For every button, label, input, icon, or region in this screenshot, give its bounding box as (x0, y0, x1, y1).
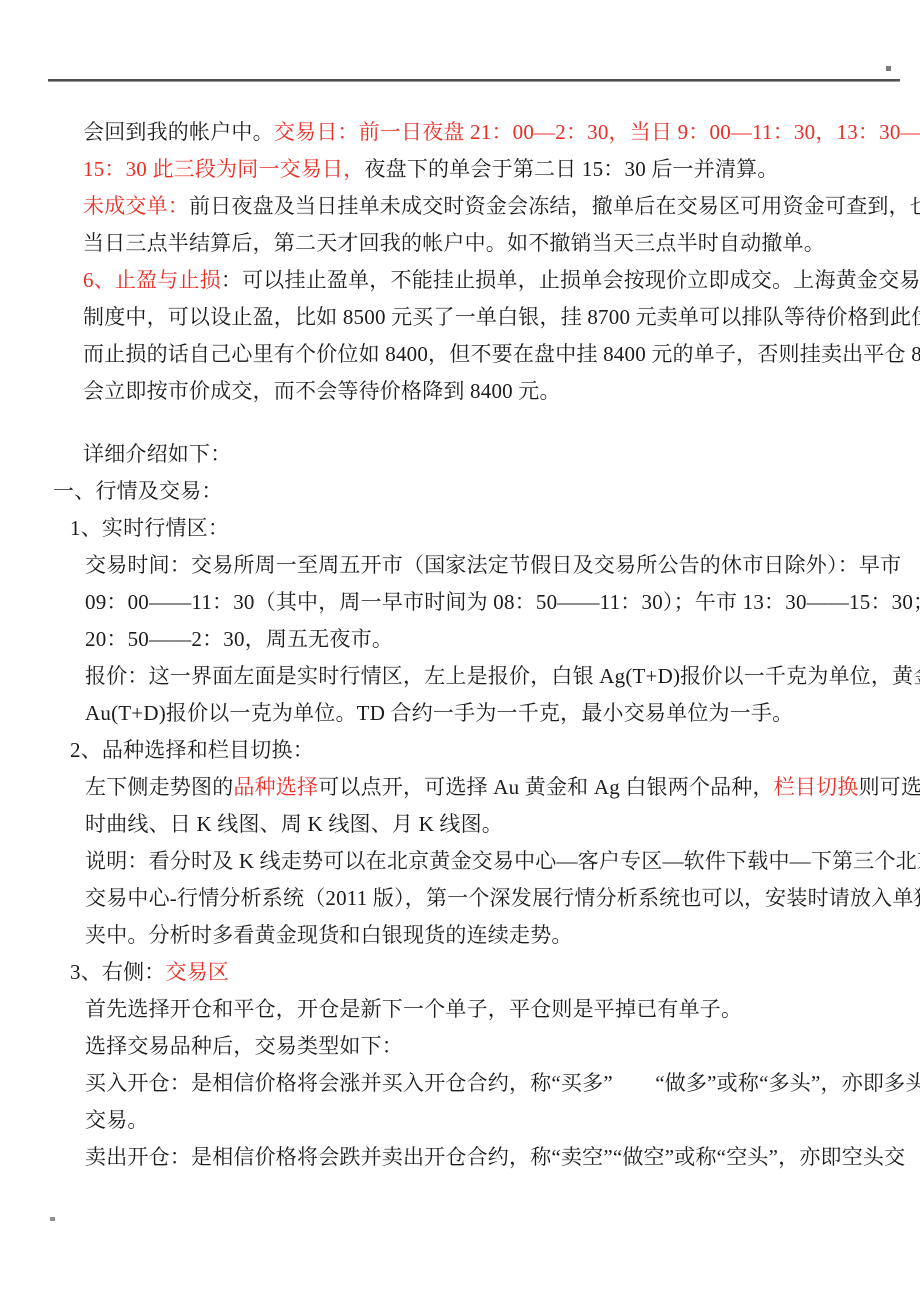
text-line: Au(T+D)报价以一克为单位。TD 合约一手为一千克，最小交易单位为一手。 (48, 695, 908, 732)
text-line: 夹中。分析时多看黄金现货和白银现货的连续走势。 (48, 917, 908, 954)
text-line: 会回到我的帐户中。交易日：前一日夜盘 21：00—2：30，当日 9：00—11… (48, 114, 908, 151)
text-line: 1、实时行情区： (48, 510, 908, 547)
text-segment: 09：00——11：30（其中，周一早市时间为 08：50——11：30）；午市… (85, 590, 920, 614)
text-line: 15：30 此三段为同一交易日，夜盘下的单会于第二日 15：30 后一并清算。 (48, 151, 908, 188)
text-segment: 时曲线、日 K 线图、周 K 线图、月 K 线图。 (85, 812, 503, 836)
text-line: 3、右侧：交易区 (48, 954, 908, 991)
text-segment: 3、右侧： (70, 960, 166, 984)
text-line: 而止损的话自己心里有个价位如 8400，但不要在盘中挂 8400 元的单子，否则… (48, 336, 908, 373)
text-line: 会立即按市价成交，而不会等待价格降到 8400 元。 (48, 373, 908, 410)
text-segment: 可以点开，可选择 Au 黄金和 Ag 白银两个品种， (318, 775, 774, 799)
text-line: 交易时间：交易所周一至周五开市（国家法定节假日及交易所公告的休市日除外）：早市 (48, 547, 908, 584)
text-segment: 而止损的话自己心里有个价位如 8400，但不要在盘中挂 8400 元的单子，否则… (83, 342, 920, 366)
text-line: 说明：看分时及 K 线走势可以在北京黄金交易中心—客户专区—软件下载中—下第三个… (48, 843, 908, 880)
text-line: 20：50——2：30，周五无夜市。 (48, 621, 908, 658)
text-line: 交易。 (48, 1102, 908, 1139)
text-segment: 当日三点半结算后，第二天才回我的帐户中。如不撤销当天三点半时自动撤单。 (83, 231, 825, 255)
text-line: 未成交单：前日夜盘及当日挂单未成交时资金会冻结，撤单后在交易区可用资金可查到，也… (48, 188, 908, 225)
text-segment: 夜盘下的单会于第二日 15：30 后一并清算。 (364, 157, 778, 181)
text-line: 报价：这一界面左面是实时行情区，左上是报价，白银 Ag(T+D)报价以一千克为单… (48, 658, 908, 695)
text-segment: 会立即按市价成交，而不会等待价格降到 8400 元。 (83, 379, 561, 403)
text-segment: 左下侧走势图的 (85, 775, 233, 799)
text-line: 09：00——11：30（其中，周一早市时间为 08：50——11：30）；午市… (48, 584, 908, 621)
paragraph-spacer (48, 410, 908, 436)
text-segment: 说明：看分时及 K 线走势可以在北京黄金交易中心—客户专区—软件下载中—下第三个… (85, 849, 920, 873)
header-rule (48, 79, 900, 82)
text-line: 选择交易品种后，交易类型如下： (48, 1028, 908, 1065)
document-page: 会回到我的帐户中。交易日：前一日夜盘 21：00—2：30，当日 9：00—11… (0, 0, 920, 1302)
text-segment: 则可选择实 (859, 775, 920, 799)
text-line: 时曲线、日 K 线图、周 K 线图、月 K 线图。 (48, 806, 908, 843)
text-segment: 交易时间：交易所周一至周五开市（国家法定节假日及交易所公告的休市日除外）：早市 (85, 553, 901, 577)
text-line: 制度中，可以设止盈，比如 8500 元买了一单白银，挂 8700 元卖单可以排队… (48, 299, 908, 336)
text-line: 买入开仓：是相信价格将会涨并买入开仓合约，称“买多” “做多”或称“多头”，亦即… (48, 1065, 908, 1102)
text-segment: 交易。 (85, 1108, 149, 1132)
text-segment: 2、品种选择和栏目切换： (70, 738, 314, 762)
text-line: 2、品种选择和栏目切换： (48, 732, 908, 769)
highlighted-text-segment: 未成交单： (83, 194, 189, 218)
text-line: 交易中心-行情分析系统（2011 版），第一个深发展行情分析系统也可以，安装时请… (48, 880, 908, 917)
text-segment: 一、行情及交易： (53, 479, 223, 503)
text-segment: 会回到我的帐户中。 (83, 120, 274, 144)
text-segment: 选择交易品种后，交易类型如下： (85, 1034, 403, 1058)
text-segment: 20：50——2：30，周五无夜市。 (85, 627, 393, 651)
text-segment: 1、实时行情区： (70, 516, 229, 540)
text-line: 6、止盈与止损：可以挂止盈单，不能挂止损单，止损单会按现价立即成交。上海黄金交易… (48, 262, 908, 299)
text-segment: ：可以挂止盈单，不能挂止损单，止损单会按现价立即成交。上海黄金交易所的 (221, 268, 920, 292)
highlighted-text-segment: 15：30 此三段为同一交易日， (83, 157, 364, 181)
document-body: 会回到我的帐户中。交易日：前一日夜盘 21：00—2：30，当日 9：00—11… (48, 114, 908, 1176)
highlighted-text-segment: 6、止盈与止损 (83, 268, 221, 292)
text-segment: Au(T+D)报价以一克为单位。TD 合约一手为一千克，最小交易单位为一手。 (85, 701, 793, 725)
text-segment: 制度中，可以设止盈，比如 8500 元买了一单白银，挂 8700 元卖单可以排队… (83, 305, 920, 329)
text-segment: 卖出开仓：是相信价格将会跌并卖出开仓合约，称“卖空”“做空”或称“空头”，亦即空… (85, 1145, 905, 1169)
text-line: 当日三点半结算后，第二天才回我的帐户中。如不撤销当天三点半时自动撤单。 (48, 225, 908, 262)
artifact-dot-bottom-left (50, 1217, 55, 1221)
text-segment: 夹中。分析时多看黄金现货和白银现货的连续走势。 (85, 923, 573, 947)
text-line: 左下侧走势图的品种选择可以点开，可选择 Au 黄金和 Ag 白银两个品种，栏目切… (48, 769, 908, 806)
highlighted-text-segment: 交易区 (166, 960, 230, 984)
text-segment: 前日夜盘及当日挂单未成交时资金会冻结，撤单后在交易区可用资金可查到，也要等 (189, 194, 920, 218)
text-segment: 首先选择开仓和平仓，开仓是新下一个单子，平仓则是平掉已有单子。 (85, 997, 742, 1021)
artifact-dot-top-right (886, 66, 891, 71)
text-line: 一、行情及交易： (48, 473, 908, 510)
text-line: 卖出开仓：是相信价格将会跌并卖出开仓合约，称“卖空”“做空”或称“空头”，亦即空… (48, 1139, 908, 1176)
highlighted-text-segment: 栏目切换 (774, 775, 859, 799)
text-segment: 报价：这一界面左面是实时行情区，左上是报价，白银 Ag(T+D)报价以一千克为单… (85, 664, 920, 688)
highlighted-text-segment: 交易日：前一日夜盘 21：00—2：30，当日 9：00—11：30，13：30… (274, 120, 920, 144)
text-segment: 详细介绍如下： (83, 442, 231, 466)
highlighted-text-segment: 品种选择 (233, 775, 318, 799)
text-line: 首先选择开仓和平仓，开仓是新下一个单子，平仓则是平掉已有单子。 (48, 991, 908, 1028)
text-line: 详细介绍如下： (48, 436, 908, 473)
text-segment: 买入开仓：是相信价格将会涨并买入开仓合约，称“买多” “做多”或称“多头”，亦即… (85, 1071, 920, 1095)
text-segment: 交易中心-行情分析系统（2011 版），第一个深发展行情分析系统也可以，安装时请… (85, 886, 920, 910)
